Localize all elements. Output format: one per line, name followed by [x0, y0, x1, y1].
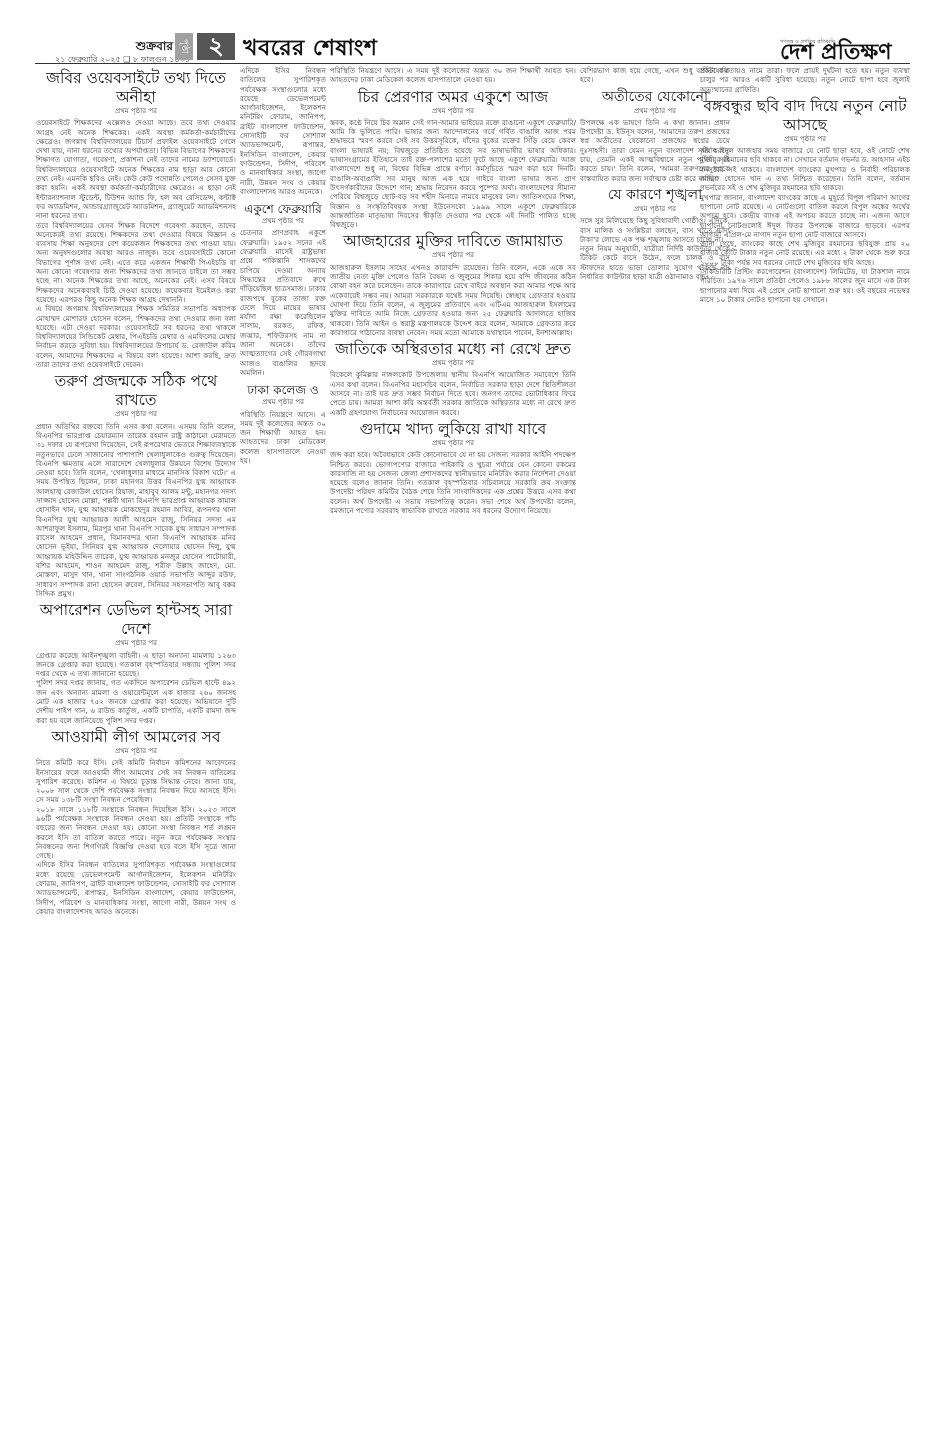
paragraph: মুখপাত্র জানান, বাংলাদেশ ব্যাংকের কাছে এ… [700, 193, 910, 239]
headline: আজহারের মুক্তির দাবিতে জামায়াত [330, 232, 576, 251]
continued-label: প্রথম পৃষ্ঠার পর [240, 217, 326, 226]
article-new-notes: বঙ্গবন্ধুর ছবি বাদ দিয়ে নতুন নোট আসছে প… [700, 97, 910, 304]
continued-label: প্রথম পৃষ্ঠার পর [330, 251, 576, 260]
headline: অপারেশন ডেভিল হান্টসহ সারা দেশে [36, 601, 236, 639]
column-1: জবির ওয়েবসাইটে তথ্য দিতে অনীহা প্রথম পৃ… [36, 66, 236, 1446]
article-devil-hunt: অপারেশন ডেভিল হান্টসহ সারা দেশে প্রথম পৃ… [36, 601, 236, 725]
headline: আওয়ামী লীগ আমলের সব [36, 728, 236, 747]
headline: জাতিকে অস্থিরতার মধ্যে না রেখে দ্রুত [330, 340, 576, 359]
headline: একুশে ফেব্রুয়ারি [240, 202, 326, 217]
paragraph: পরিস্থিতি নিয়ন্ত্রণে আসে। এ সময় দুই কল… [240, 410, 326, 466]
continued-label: প্রথম পৃষ্ঠার পর [330, 107, 576, 116]
column-3: পরিস্থিতি নিয়ন্ত্রণে আসে। এ সময় দুই কল… [330, 66, 576, 1446]
paragraph: প্রতিযোগিতায়ও নামে তারা। ফলে প্রায়ই দু… [700, 66, 910, 94]
paragraph: প্রধান অতিথির বক্তব্যে তিনি এসব কথা বলেন… [36, 422, 236, 599]
headline: চির প্রেরণার অমর একুশে আজ [330, 88, 576, 107]
paragraph: সিকিউরিটি প্রিন্টিং করপোরেশন (বাংলাদেশ) … [700, 267, 910, 304]
page-number: ২ [197, 33, 235, 60]
masthead-rule [35, 63, 910, 64]
paragraph: আজহারুল ইসলাম সাহেব এখনও কারাবন্দি রয়েছ… [330, 263, 576, 337]
article-young-generation: তরুণ প্রজন্মকে সঠিক পথে রাখতে প্রথম পৃষ্… [36, 372, 236, 598]
paragraph: অর্থাৎ ঈদুল আজহার সময় বাজারে যে নোট ছাড… [700, 146, 910, 192]
continued-label: প্রথম পৃষ্ঠার পর [330, 439, 576, 448]
column-2: এদিকে ইসির নিবন্ধন বাতিলের সুপারিশকৃত পর… [240, 66, 326, 1446]
continued-label: প্রথম পৃষ্ঠার পর [36, 107, 236, 116]
headline: বঙ্গবন্ধুর ছবি বাদ দিয়ে নতুন নোট আসছে [700, 97, 910, 135]
paragraph: পুলিশ সদর দপ্তর জানায়, গত একদিনে অপারেশ… [36, 678, 236, 724]
continued-label: প্রথম পৃষ্ঠার পর [700, 135, 910, 144]
headline: জবির ওয়েবসাইটে তথ্য দিতে অনীহা [36, 69, 236, 107]
column-5: প্রতিযোগিতায়ও নামে তারা। ফলে প্রায়ই দু… [700, 66, 910, 1446]
paragraph: এদিকে ইসির নিবন্ধন বাতিলের সুপারিশকৃত পর… [36, 860, 236, 916]
article-azhar-release: আজহারের মুক্তির দাবিতে জামায়াত প্রথম পৃ… [330, 232, 576, 337]
article-ekushe-february: একুশে ফেব্রুয়ারি প্রথম পৃষ্ঠার পর চেতনা… [240, 202, 326, 377]
paragraph: এদিকে ইসির নিবন্ধন বাতিলের সুপারিশকৃত পর… [240, 66, 326, 196]
article-dhaka-college: ঢাকা কলেজ ও প্রথম পৃষ্ঠার পর পরিস্থিতি ন… [240, 383, 326, 465]
article-nation-instability: জাতিকে অস্থিরতার মধ্যে না রেখে দ্রুত প্র… [330, 340, 576, 417]
paragraph: জানা গেছে, ব্যাংকের কাছে শেখ মুজিবুর রহম… [700, 239, 910, 267]
paragraph: ২০১৮ সালে ১১৮টি সংস্থাকে নিবন্ধন দিয়েছি… [36, 805, 236, 861]
continued-label: প্রথম পৃষ্ঠার পর [330, 359, 576, 368]
headline: গুদামে খাদ্য লুকিয়ে রাখা যাবে [330, 420, 576, 439]
paragraph: পরিস্থিতি নিয়ন্ত্রণে আসে। এ সময় দুই কল… [330, 66, 576, 85]
article-warehouse-food: গুদামে খাদ্য লুকিয়ে রাখা যাবে প্রথম পৃষ… [330, 420, 576, 515]
headline: ঢাকা কলেজ ও [240, 383, 326, 398]
article-amor-ekushe: চির প্রেরণার অমর একুশে আজ প্রথম পৃষ্ঠার … [330, 88, 576, 230]
continued-label: প্রথম পৃষ্ঠার পর [36, 410, 236, 419]
paragraph: স্তবক, কণ্ঠে নিয়ে চির অম্লান সেই গান-আম… [330, 118, 576, 230]
headline: তরুণ প্রজন্মকে সঠিক পথে রাখতে [36, 372, 236, 410]
article-jobi-website: জবির ওয়েবসাইটে তথ্য দিতে অনীহা প্রথম পৃ… [36, 69, 236, 369]
continued-label: প্রথম পৃষ্ঠার পর [36, 747, 236, 756]
paper-logo: দেশ প্রতিক্ষণ [780, 43, 892, 61]
continued-label: প্রথম পৃষ্ঠার পর [240, 398, 326, 407]
paragraph: জব্দ করা হবে। অবৈধভাবে কেউ কোনোভাবে যে ন… [330, 450, 576, 515]
article-awami-league-era: আওয়ামী লীগ আমলের সব প্রথম পৃষ্ঠার পর নি… [36, 728, 236, 916]
paragraph: ওয়েবসাইটে শিক্ষকদের এক্সেলও দেওয়া আছে।… [36, 118, 236, 220]
paragraph: এ বিষয়ে জগন্নাথ বিশ্ববিদ্যালয়ের শিক্ষক… [36, 304, 236, 369]
paragraph: চেতনার প্রাণপ্রবাহ একুশে ফেব্রুয়ারি। ১৯… [240, 228, 326, 377]
continued-label: প্রথম পৃষ্ঠার পর [36, 639, 236, 648]
paragraph: তবে বিশ্ববিদ্যালয়ের যেসব শিক্ষক বিদেশে … [36, 221, 236, 305]
page-label: পৃষ্ঠা [175, 33, 193, 60]
masthead: শুক্রবার ২১ ফেব্রুয়ারি ২০২৫ ❑ ৮ ফাল্গুন… [0, 0, 945, 60]
paragraph: গ্রেপ্তার করেছে আইনশৃঙ্খলা বাহিনী। এ ছাড… [36, 651, 236, 679]
paragraph: নিতে কমিটি করে ইসি। সেই কমিটি নির্বাচন ক… [36, 758, 236, 804]
paragraph: বিকেলে কুমিল্লার নাঙ্গলকোট উপজেলায় স্থা… [330, 370, 576, 416]
